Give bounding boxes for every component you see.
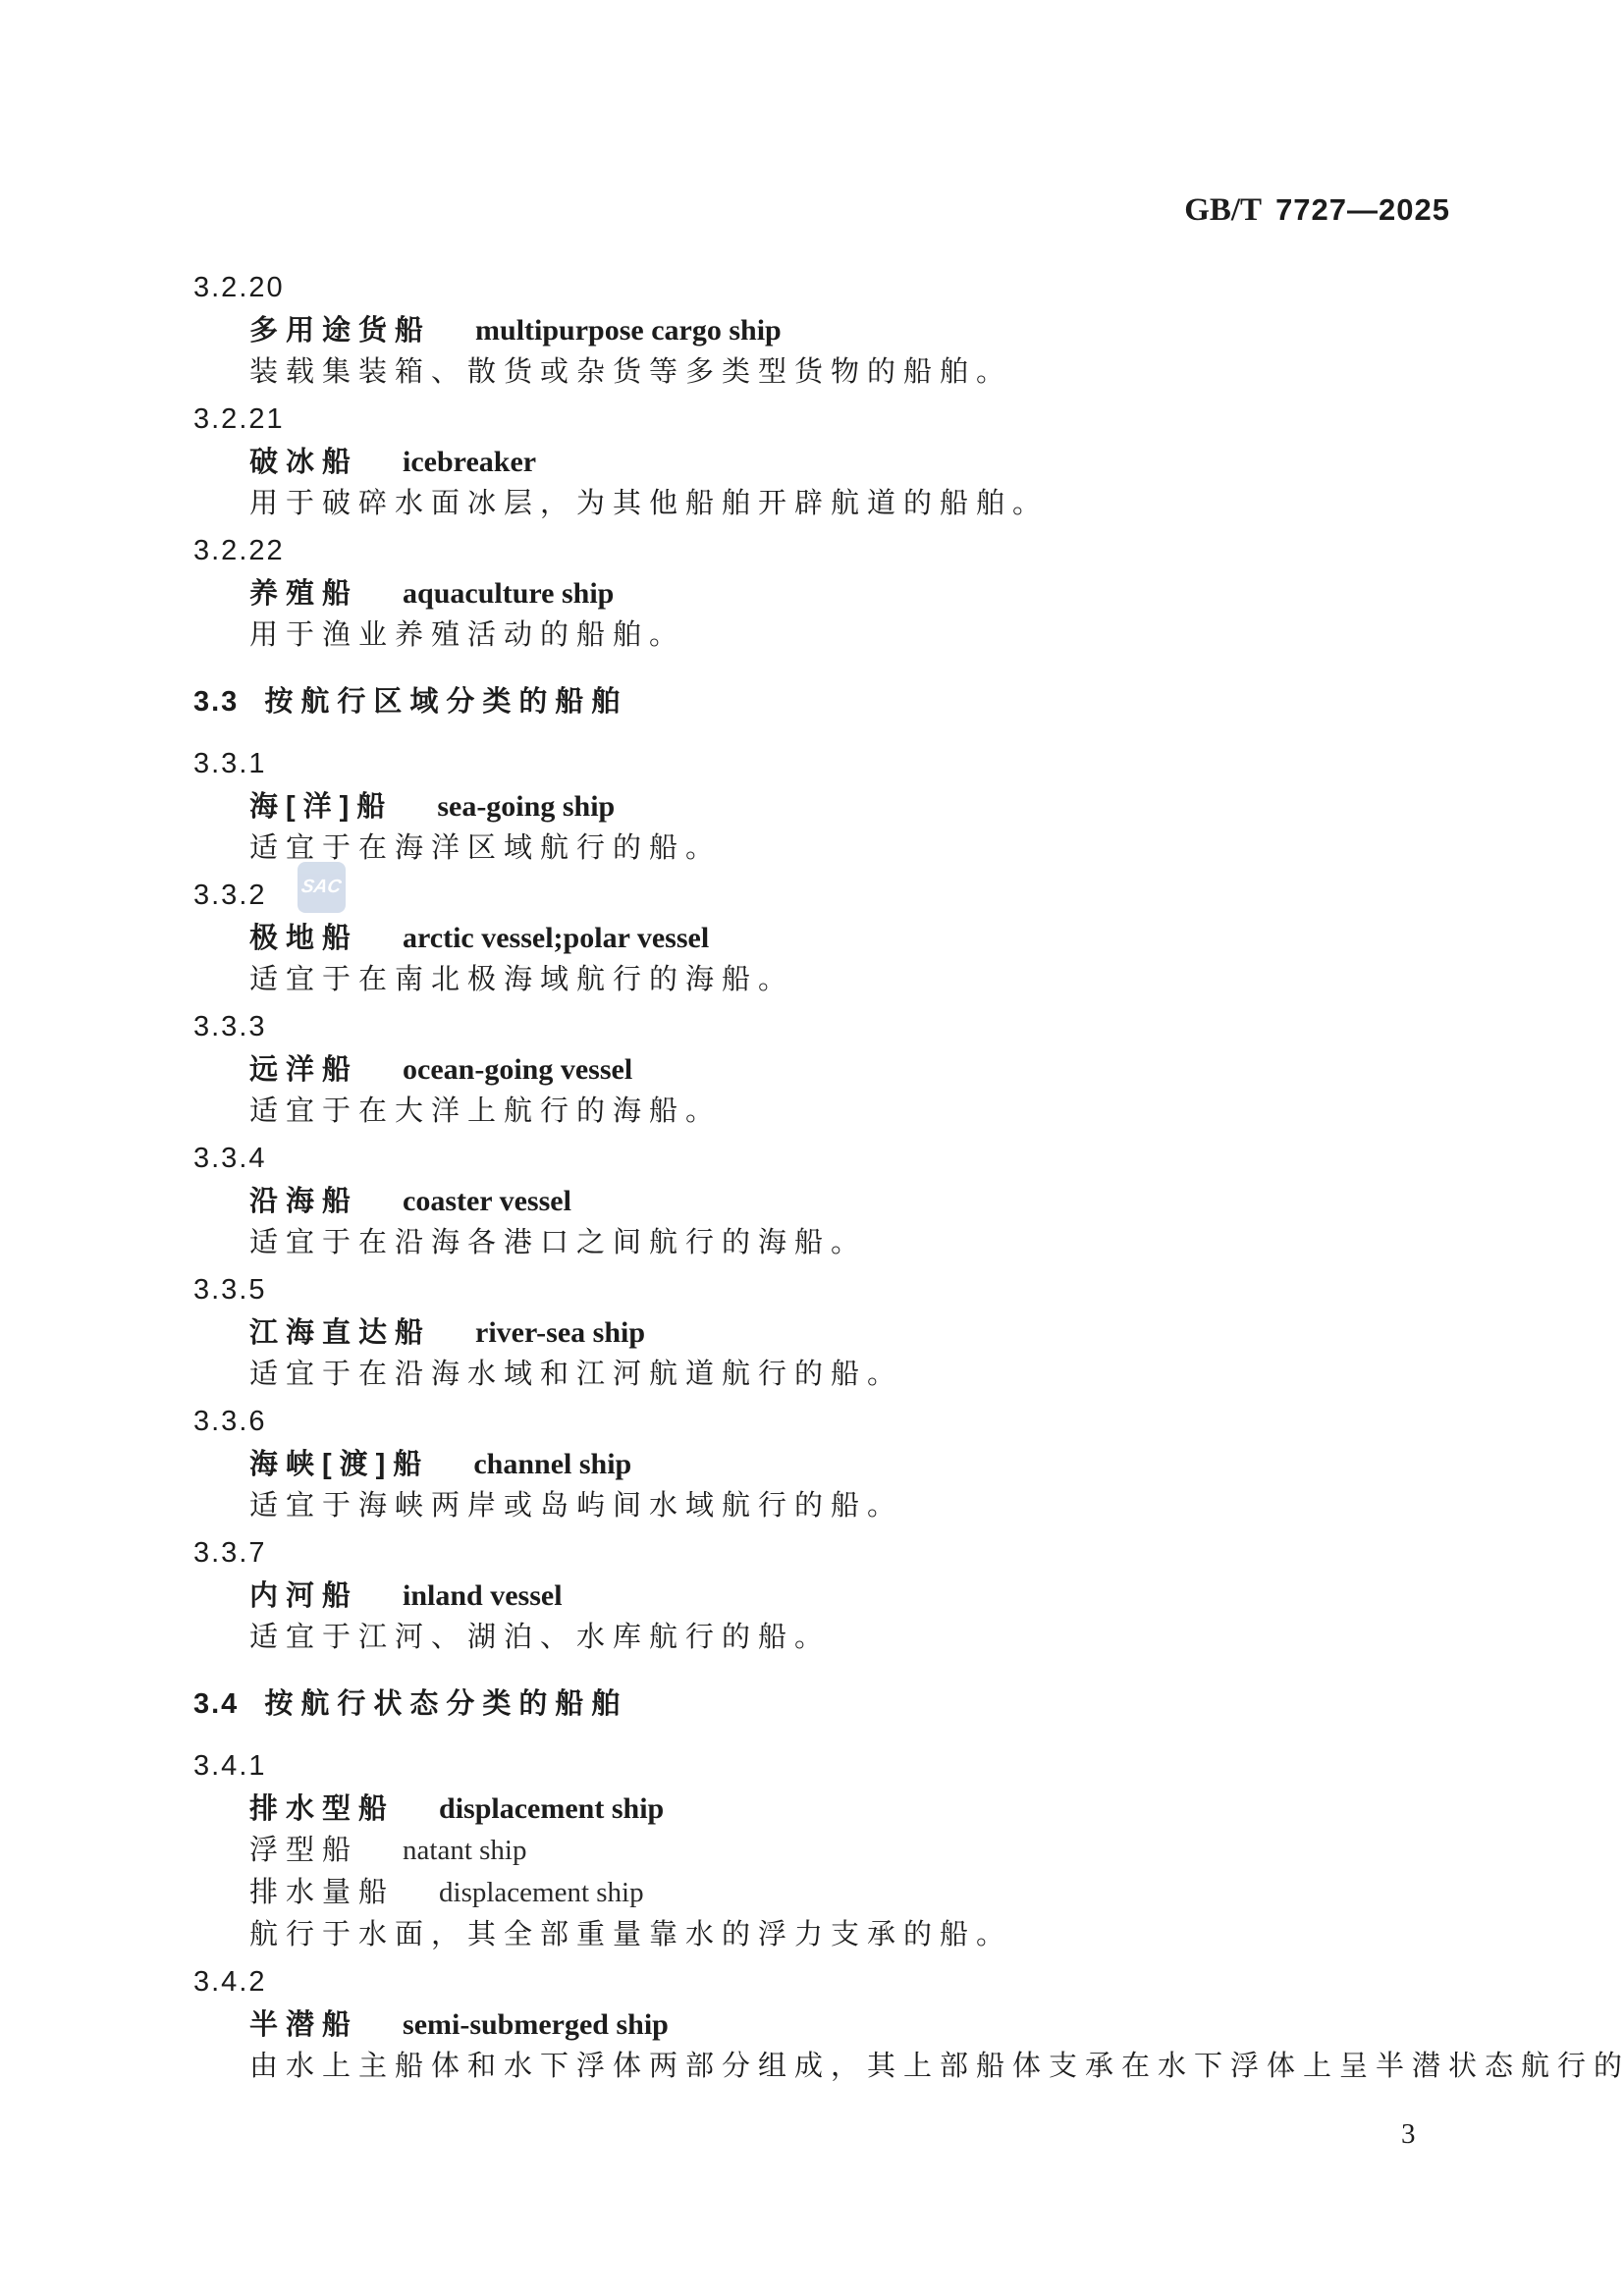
clause-number: 3.3.4 — [193, 1138, 1477, 1180]
clause-entry: 3.3.3远洋船ocean-going vessel适宜于在大洋上航行的海船。 — [193, 1006, 1477, 1133]
clause-number: 3.4.2 — [193, 1961, 1477, 2003]
clause-entry: 3.4.2半潜船semi-submerged ship由水上主船体和水下浮体两部… — [193, 1961, 1477, 2088]
term-line: 养殖船aquaculture ship — [193, 572, 1477, 614]
clause-number: 3.3.5 — [193, 1269, 1477, 1311]
section-heading: 3.4按航行状态分类的船舶 — [193, 1683, 1477, 1726]
term-line: 极地船arctic vessel;polar vessel — [193, 917, 1477, 959]
term-english: displacement ship — [439, 1792, 664, 1825]
term-chinese: 排水型船 — [249, 1793, 395, 1825]
term-chinese: 沿海船 — [249, 1186, 358, 1217]
doc-code-prefix: GB/T — [1184, 192, 1262, 228]
term-chinese: 养殖船 — [249, 578, 358, 610]
clause-entry: 3.3.4沿海船coaster vessel适宜于在沿海各港口之间航行的海船。 — [193, 1138, 1477, 1264]
term-chinese: 极地船 — [249, 923, 358, 954]
term-line: 海峡[渡]船channel ship — [193, 1443, 1477, 1485]
term-line: 内河船inland vessel — [193, 1575, 1477, 1617]
term-line: 沿海船coaster vessel — [193, 1180, 1477, 1222]
term-english: semi-submerged ship — [403, 2008, 669, 2041]
term-line: 排水型船displacement ship — [193, 1788, 1477, 1830]
synonym-term-line: 排水量船displacement ship — [193, 1872, 1477, 1914]
term-line: 远洋船ocean-going vessel — [193, 1048, 1477, 1091]
definition: 适宜于在沿海水域和江河航道航行的船。 — [193, 1354, 1477, 1396]
definition: 用于破碎水面冰层，为其他船舶开辟航道的船舶。 — [193, 483, 1477, 525]
clause-entry: 3.2.22养殖船aquaculture ship用于渔业养殖活动的船舶。 — [193, 530, 1477, 657]
term-chinese: 多用途货船 — [249, 315, 431, 347]
term-english: channel ship — [473, 1448, 631, 1480]
term-english: displacement ship — [439, 1877, 644, 1908]
term-english: ocean-going vessel — [403, 1053, 632, 1086]
clause-number: 3.2.22 — [193, 530, 1477, 572]
term-chinese: 半潜船 — [249, 2009, 358, 2041]
clause-number: 3.3.2 — [193, 875, 1477, 917]
clause-entry: 3.3.1海[洋]船sea-going ship适宜于在海洋区域航行的船。 — [193, 743, 1477, 870]
term-chinese: 破冰船 — [249, 447, 358, 478]
term-english: multipurpose cargo ship — [475, 314, 782, 347]
clause-number: 3.3.7 — [193, 1532, 1477, 1575]
term-english: coaster vessel — [403, 1185, 571, 1217]
term-chinese: 海峡[渡]船 — [249, 1449, 429, 1480]
definition: 适宜于海峡两岸或岛屿间水域航行的船。 — [193, 1485, 1477, 1527]
clause-entry: 3.4.1排水型船displacement ship浮型船natant ship… — [193, 1745, 1477, 1956]
section-heading: 3.3按航行区域分类的船舶 — [193, 681, 1477, 723]
term-chinese: 内河船 — [249, 1580, 358, 1612]
term-chinese: 排水量船 — [249, 1877, 395, 1908]
definition: 装载集装箱、散货或杂货等多类型货物的船舶。 — [193, 351, 1477, 394]
definition: 适宜于江河、湖泊、水库航行的船。 — [193, 1617, 1477, 1659]
doc-code: GB/T7727—2025 — [1184, 192, 1450, 229]
term-english: arctic vessel;polar vessel — [403, 922, 709, 954]
term-chinese: 江海直达船 — [249, 1317, 431, 1349]
definition: 由水上主船体和水下浮体两部分组成，其上部船体支承在水下浮体上呈半潜状态航行的船。 — [193, 2046, 1477, 2088]
term-line: 半潜船semi-submerged ship — [193, 2003, 1477, 2046]
clause-number: 3.2.21 — [193, 399, 1477, 441]
term-line: 江海直达船river-sea ship — [193, 1311, 1477, 1354]
term-chinese: 浮型船 — [249, 1835, 358, 1866]
section-heading-title: 按航行区域分类的船舶 — [264, 686, 627, 718]
term-chinese: 远洋船 — [249, 1054, 358, 1086]
clause-number: 3.3.1 — [193, 743, 1477, 785]
terminology-clauses: 3.2.20多用途货船multipurpose cargo ship装载集装箱、… — [193, 267, 1477, 2093]
section-heading-number: 3.3 — [193, 686, 239, 718]
clause-entry: 3.2.21破冰船icebreaker用于破碎水面冰层，为其他船舶开辟航道的船舶… — [193, 399, 1477, 525]
definition: 适宜于在沿海各港口之间航行的海船。 — [193, 1222, 1477, 1264]
term-english: icebreaker — [403, 446, 536, 478]
definition: 用于渔业养殖活动的船舶。 — [193, 614, 1477, 657]
term-line: 海[洋]船sea-going ship — [193, 785, 1477, 828]
page-number: 3 — [1401, 2113, 1416, 2156]
clause-entry: 3.3.2极地船arctic vessel;polar vessel适宜于在南北… — [193, 875, 1477, 1001]
term-english: aquaculture ship — [403, 577, 614, 610]
term-english: river-sea ship — [475, 1316, 645, 1349]
definition: 适宜于在大洋上航行的海船。 — [193, 1091, 1477, 1133]
term-english: inland vessel — [403, 1579, 563, 1612]
clause-entry: 3.3.5江海直达船river-sea ship适宜于在沿海水域和江河航道航行的… — [193, 1269, 1477, 1396]
clause-number: 3.3.6 — [193, 1401, 1477, 1443]
clause-entry: 3.2.20多用途货船multipurpose cargo ship装载集装箱、… — [193, 267, 1477, 394]
term-english: sea-going ship — [437, 790, 615, 823]
term-line: 破冰船icebreaker — [193, 441, 1477, 483]
section-heading-title: 按航行状态分类的船舶 — [264, 1688, 627, 1720]
synonym-term-line: 浮型船natant ship — [193, 1830, 1477, 1872]
section-heading-number: 3.4 — [193, 1688, 239, 1720]
term-chinese: 海[洋]船 — [249, 791, 393, 823]
term-line: 多用途货船multipurpose cargo ship — [193, 309, 1477, 351]
definition: 适宜于在南北极海域航行的海船。 — [193, 959, 1477, 1001]
clause-entry: 3.3.6海峡[渡]船channel ship适宜于海峡两岸或岛屿间水域航行的船… — [193, 1401, 1477, 1527]
doc-code-number: 7727—2025 — [1275, 192, 1450, 227]
clause-number: 3.3.3 — [193, 1006, 1477, 1048]
clause-entry: 3.3.7内河船inland vessel适宜于江河、湖泊、水库航行的船。 — [193, 1532, 1477, 1659]
clause-number: 3.2.20 — [193, 267, 1477, 309]
term-english: natant ship — [403, 1835, 526, 1866]
definition: 航行于水面，其全部重量靠水的浮力支承的船。 — [193, 1914, 1477, 1956]
clause-number: 3.4.1 — [193, 1745, 1477, 1788]
definition: 适宜于在海洋区域航行的船。 — [193, 828, 1477, 870]
